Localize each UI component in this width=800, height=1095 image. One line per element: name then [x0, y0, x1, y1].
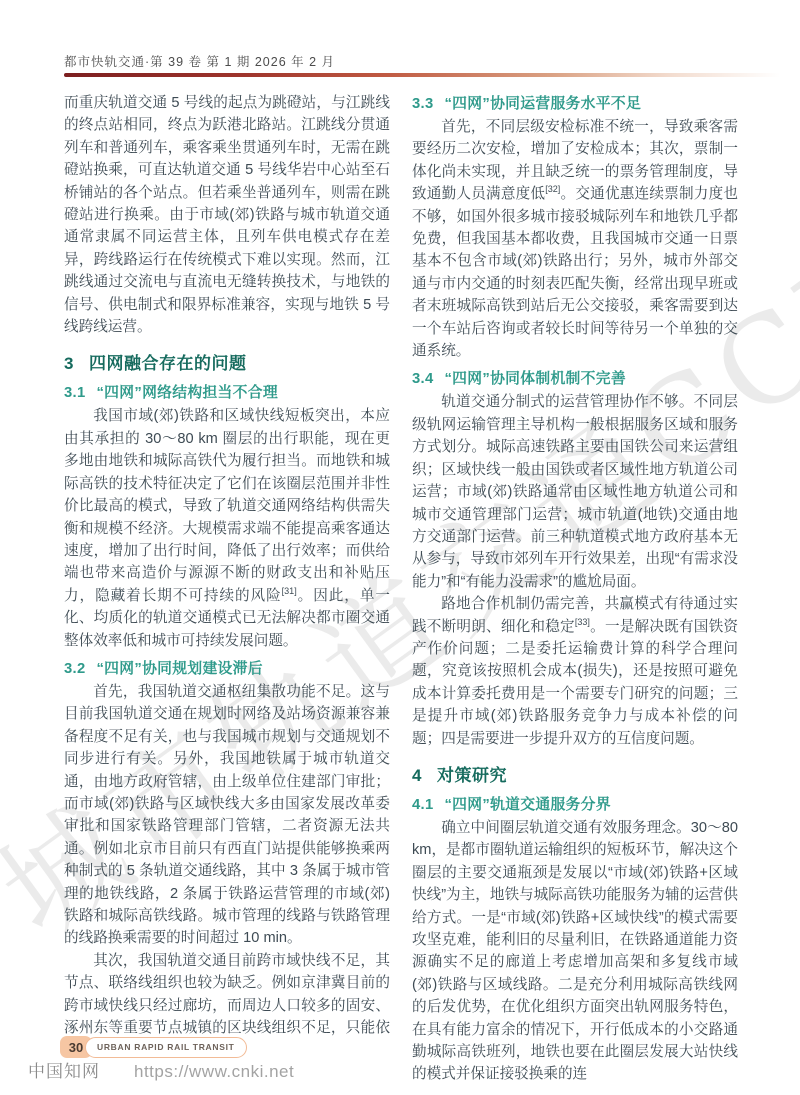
- section-3-4-paragraph-2: 路地合作机制仍需完善，共赢模式有待通过实践不断明朗、细化和稳定[33]。一是解决…: [412, 593, 738, 750]
- left-column: 而重庆轨道交通 5 号线的起点为跳磴站，与江跳线的终点站相同，终点为跃港北路站。…: [64, 92, 390, 1086]
- continuation-paragraph: 而重庆轨道交通 5 号线的起点为跳磴站，与江跳线的终点站相同，终点为跃港北路站。…: [64, 92, 390, 338]
- section-3-4-paragraph-1: 轨道交通分制式的运营管理协作不够。不同层级轨网运输管理主导机构一般根据服务区域和…: [412, 391, 738, 593]
- heading-title: “四网”网络结构担当不合理: [96, 385, 277, 401]
- cnki-url: https://www.cnki.net: [134, 1062, 294, 1082]
- cnki-watermark: 中国知网 https://www.cnki.net: [28, 1057, 294, 1082]
- heading-number: 3.1: [64, 385, 85, 401]
- right-column: 3.3“四网”协同运营服务水平不足 首先，不同层级安检标准不统一，导致乘客需要经…: [412, 92, 738, 1086]
- cnki-brand: 中国知网: [28, 1057, 100, 1082]
- heading-number: 3: [64, 354, 74, 373]
- heading-title: 四网融合存在的问题: [89, 354, 247, 373]
- section-3-3-paragraph: 首先，不同层级安检标准不统一，导致乘客需要经历二次安检，增加了安检成本；其次，票…: [412, 116, 738, 362]
- section-3-3-heading: 3.3“四网”协同运营服务水平不足: [412, 92, 738, 113]
- heading-title: “四网”协同运营服务水平不足: [444, 96, 641, 112]
- heading-title: “四网”协同体制机制不完善: [444, 371, 625, 387]
- header-rule: [64, 73, 780, 77]
- footer-badge: 30 URBAN RAPID RAIL TRANSIT: [60, 1036, 247, 1058]
- section-3-2-heading: 3.2“四网”协同规划建设滞后: [64, 657, 390, 678]
- journal-header-info: 都市快轨交通·第 39 卷 第 1 期 2026 年 2 月: [64, 52, 335, 70]
- section-3-2-paragraph-1: 首先，我国轨道交通枢纽集散功能不足。这与目前我国轨道交通在规划时网络及站场资源兼…: [64, 681, 390, 950]
- heading-number: 3.4: [412, 371, 433, 387]
- section-4-heading: 4对策研究: [412, 761, 738, 786]
- heading-title: “四网”协同规划建设滞后: [96, 661, 262, 677]
- section-3-1-paragraph: 我国市域(郊)铁路和区域快线短板突出，本应由其承担的 30～80 km 圈层的出…: [64, 405, 390, 651]
- section-4-1-heading: 4.1“四网”轨道交通服务分界: [412, 793, 738, 814]
- heading-number: 3.3: [412, 96, 433, 112]
- heading-number: 3.2: [64, 661, 85, 677]
- section-3-4-heading: 3.4“四网”协同体制机制不完善: [412, 367, 738, 388]
- heading-title: 对策研究: [437, 766, 507, 785]
- heading-number: 4: [412, 766, 422, 785]
- heading-title: “四网”轨道交通服务分界: [444, 797, 610, 813]
- article-body: 而重庆轨道交通 5 号线的起点为跳磴站，与江跳线的终点站相同，终点为跃港北路站。…: [64, 92, 738, 1086]
- section-3-heading: 3四网融合存在的问题: [64, 349, 390, 374]
- journal-name-en: URBAN RAPID RAIL TRANSIT: [85, 1037, 247, 1058]
- section-4-1-paragraph: 确立中间圈层轨道交通有效服务理念。30～80 km，是都市圈轨道运输组织的短板环…: [412, 817, 738, 1086]
- journal-page: 城市轨道交通CCRM 都市快轨交通·第 39 卷 第 1 期 2026 年 2 …: [0, 0, 800, 1095]
- heading-number: 4.1: [412, 797, 433, 813]
- section-3-1-heading: 3.1“四网”网络结构担当不合理: [64, 381, 390, 402]
